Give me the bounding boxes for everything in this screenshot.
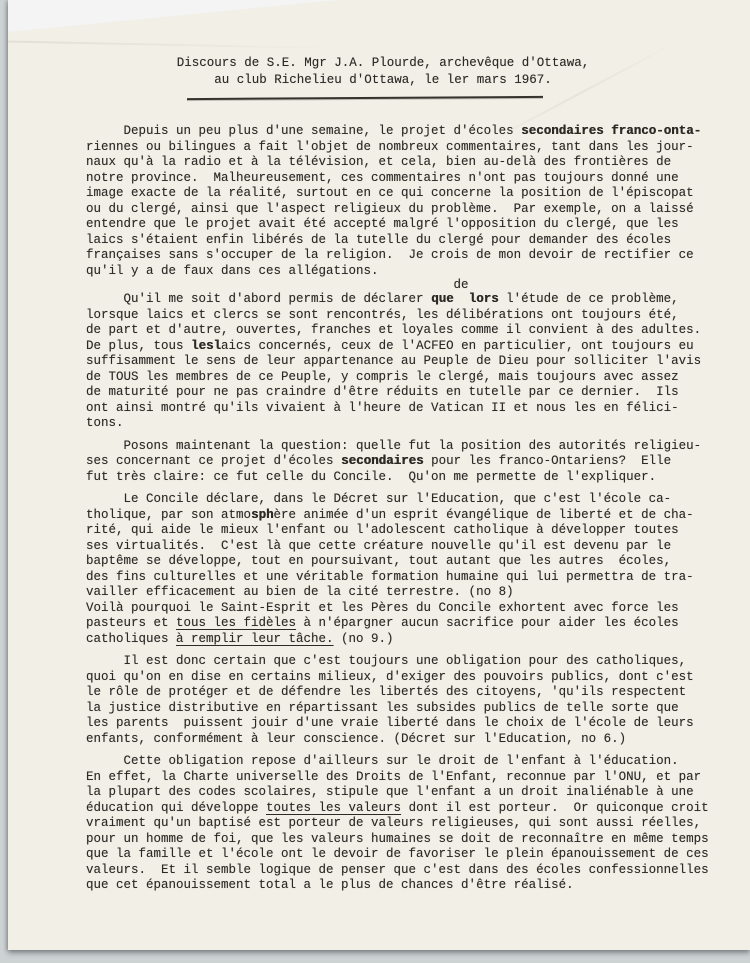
text-line: pour un homme de foi, que les valeurs hu… [86, 832, 750, 848]
text-line: Qu'il me soit d'abord permis de déclarer… [86, 292, 750, 308]
text-line: Il est donc certain que c'est toujours u… [86, 654, 750, 670]
text-line: riennes ou bilingues a fait l'objet de n… [86, 140, 750, 156]
paragraph-3: Posons maintenant la question: quelle fu… [86, 439, 750, 486]
text-line: qu'il y a de faux dans ces allégations. [86, 264, 750, 280]
paragraph-5: Il est donc certain que c'est toujours u… [86, 654, 750, 747]
text-line: vailler efficacement au bien de la cité … [86, 585, 750, 601]
paragraph-6: Cette obligation repose d'ailleurs sur l… [86, 754, 750, 894]
text-line: fut très claire: ce fut celle du Concile… [86, 470, 750, 486]
text-line: vraiment qu'un baptisé est porteur de va… [86, 816, 750, 832]
text-line: En effet, la Charte universelle des Droi… [86, 770, 750, 786]
text-line: ou du clergé, ainsi que l'aspect religie… [86, 202, 750, 218]
text-line: Le Concile déclare, dans le Décret sur l… [86, 492, 750, 508]
text-line: de TOUS les membres de ce Peuple, y comp… [86, 370, 750, 386]
text-line: De plus, tous leslaics concernés, ceux d… [86, 339, 750, 355]
document-title: Discours de S.E. Mgr J.A. Plourde, arche… [8, 55, 750, 99]
text-line: ont ainsi montré qu'ils vivaient à l'heu… [86, 401, 750, 417]
text-line: rité, qui aide le mieux l'enfant ou l'ad… [86, 523, 750, 539]
text-line: Posons maintenant la question: quelle fu… [86, 439, 750, 455]
text-line: suffisamment le sens de leur appartenanc… [86, 354, 750, 370]
text-line: Cette obligation repose d'ailleurs sur l… [86, 754, 750, 770]
text-line: baptême se développe, tout en poursuivan… [86, 554, 750, 570]
text-line: enfants, conformément à leur conscience.… [86, 732, 750, 748]
text-line: quoi qu'on en dise en certains milieux, … [86, 670, 750, 686]
text-line: la plupart des codes scolaires, stipule … [86, 785, 750, 801]
paragraph-1: Depuis un peu plus d'une semaine, le pro… [86, 124, 750, 279]
paragraph-4: Le Concile déclare, dans le Décret sur l… [86, 492, 750, 647]
text-line: pasteurs et tous les fidèles à n'épargne… [86, 616, 750, 632]
text-line: Depuis un peu plus d'une semaine, le pro… [86, 124, 750, 140]
title-line-1: Discours de S.E. Mgr J.A. Plourde, arche… [8, 55, 750, 72]
interline-correction: de [86, 279, 750, 292]
text-line: de [86, 279, 750, 292]
text-line: catholiques à remplir leur tâche. (no 9.… [86, 632, 750, 648]
text-line: naux qu'à la radio et à la télévision, e… [86, 155, 750, 171]
text-line: lorsque laics et clercs se sont rencontr… [86, 308, 750, 324]
text-line: des fins culturelles et une véritable fo… [86, 570, 750, 586]
text-line: la justice distributive en répartissant … [86, 701, 750, 717]
text-line: valeurs. Et il semble logique de penser … [86, 863, 750, 879]
text-line: Voilà pourquoi le Saint-Esprit et les Pè… [86, 601, 750, 617]
text-line: notre province. Malheureusement, ces com… [86, 171, 750, 187]
text-line: ses virtualités. C'est là que cette créa… [86, 539, 750, 555]
text-line: image exacte de la réalité, surtout en c… [86, 186, 750, 202]
document-content: Discours de S.E. Mgr J.A. Plourde, arche… [8, 0, 750, 950]
text-line: les parents puissent jouir d'une vraie l… [86, 716, 750, 732]
text-line: ses concernant ce projet d'écoles second… [86, 454, 750, 470]
text-line: laics s'étaient enfin libérés de la tute… [86, 233, 750, 249]
document-body: Depuis un peu plus d'une semaine, le pro… [86, 124, 750, 894]
text-line: de maturité pour ne pas craindre d'être … [86, 385, 750, 401]
paragraph-2: Qu'il me soit d'abord permis de déclarer… [86, 292, 750, 432]
text-line: entendre que le projet avait été accepté… [86, 217, 750, 233]
title-line-2: au club Richelieu d'Ottawa, le ler mars … [8, 72, 750, 89]
title-underline [187, 96, 543, 100]
text-line: que la famille et l'école ont le devoir … [86, 847, 750, 863]
text-line: tholique, par son atmosphère animée d'un… [86, 508, 750, 524]
text-line: que cet épanouissement total a le plus d… [86, 878, 750, 894]
text-line: de part et d'autre, ouvertes, franches e… [86, 323, 750, 339]
text-line: le rôle de protéger et de défendre les l… [86, 685, 750, 701]
document-page: Discours de S.E. Mgr J.A. Plourde, arche… [8, 0, 750, 950]
text-line: tons. [86, 416, 750, 432]
text-line: françaises sans s'occuper de la religion… [86, 248, 750, 264]
text-line: éducation qui développe toutes les valeu… [86, 801, 750, 817]
